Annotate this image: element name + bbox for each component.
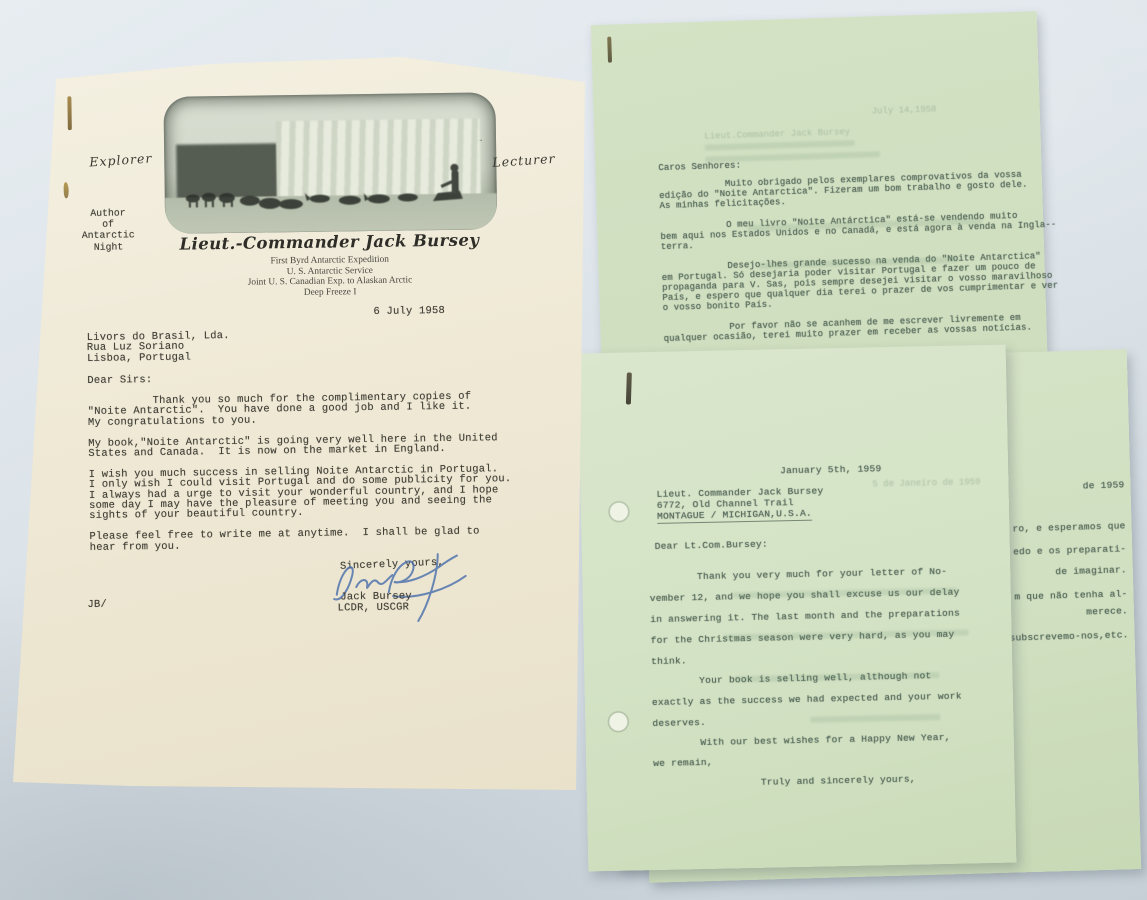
signature-title: LCDR, USCGR — [337, 601, 409, 614]
explorer-label: Explorer — [89, 150, 153, 169]
staple-mark — [626, 372, 632, 404]
letter-english-1959: January 5th, 1959 5 de Janeiro de 1959 L… — [578, 345, 1017, 872]
staple-mark — [67, 96, 71, 130]
recipient-line: MONTAGUE / MICHIGAN,U.S.A. — [657, 508, 812, 524]
salutation: Dear Sirs: — [87, 374, 152, 387]
paragraph: With our best wishes for a Happy New Yea… — [653, 728, 952, 774]
paragraph: Thank you very much for your letter of N… — [649, 561, 961, 672]
fragment-line: merece. — [1086, 605, 1128, 617]
fragment-line: edo e os preparati- — [1013, 543, 1126, 557]
date-line: 6 July 1958 — [373, 305, 445, 318]
letter-bursey-1958: Explorer Lecturer Author of Antarctic Ni… — [10, 55, 590, 797]
paragraph: Truly and sincerely yours, — [654, 774, 916, 790]
letter-body: Thank you so much for the complimentary … — [88, 391, 513, 553]
letterhead-credentials: First Byrd Antarctic Expedition U. S. An… — [128, 253, 533, 301]
salutation: Caros Senhores: — [658, 160, 741, 174]
fragment-line: de imaginar. — [1055, 564, 1127, 577]
typist-initials: JB/ — [87, 599, 107, 611]
ghost-recipient-line: Lieut.Commander Jack Bursey — [704, 127, 850, 142]
faint-date: July 14,1958 — [872, 104, 937, 116]
dog-team-silhouette — [163, 92, 497, 234]
fragment-line: de 1959 — [1083, 479, 1125, 491]
signature-script — [319, 540, 475, 632]
date-line: January 5th, 1959 — [780, 463, 881, 476]
photo-backdrop: July 14,1958 Lieut.Commander Jack Bursey… — [0, 0, 1147, 900]
author-note: Author of Antarctic Night — [62, 207, 155, 253]
ghost-bleed-line — [705, 140, 855, 151]
letterhead-photo-sled-team — [163, 92, 497, 234]
officer-name: Lieut.-Commander Jack Bursey — [147, 230, 511, 254]
fragment-line: m que não tenha al- — [1014, 588, 1127, 602]
salutation: Dear Lt.Com.Bursey: — [655, 539, 768, 552]
punch-hole — [608, 500, 630, 522]
ghost-date: 5 de Janeiro de 1959 — [872, 477, 980, 489]
fragment-line: o, subscrevemo-nos,etc. — [992, 629, 1129, 644]
recipient-address: Livors do Brasil, Lda. Rua Luz Soriano L… — [87, 331, 230, 364]
punch-hole — [607, 711, 629, 733]
letter-body: Muito obrigado pelos exemplares comprova… — [659, 169, 1060, 345]
staple-mark — [64, 182, 69, 198]
lecturer-label: Lecturer — [492, 151, 556, 170]
letter-content: Explorer Lecturer Author of Antarctic Ni… — [5, 51, 595, 801]
staple-mark — [607, 37, 612, 63]
fragment-line: ro, e esperamos que — [1012, 520, 1125, 534]
